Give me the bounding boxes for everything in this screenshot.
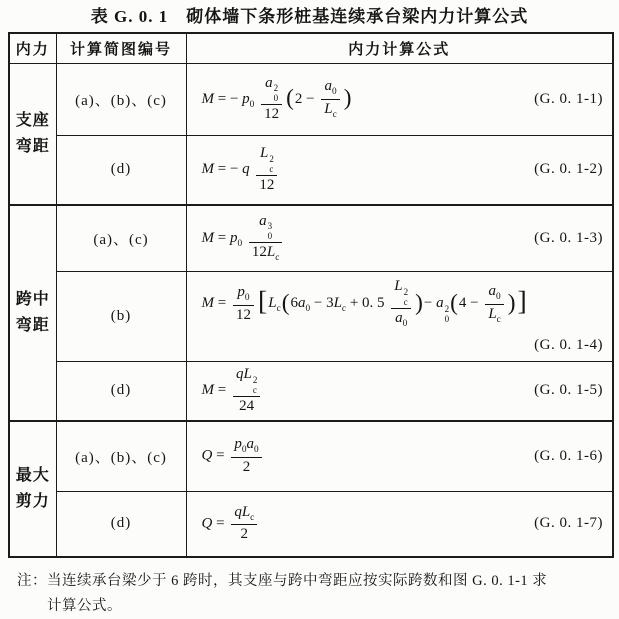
formula: M = − p0 a2012(2 − a0Lc)	[202, 75, 353, 124]
note-text: 当连续承台梁少于 6 跨时，其支座与跨中弯距应按实际跨数和图 G. 0. 1-1…	[47, 569, 547, 619]
note-line: 当连续承台梁少于 6 跨时，其支座与跨中弯距应按实际跨数和图 G. 0. 1-1…	[47, 569, 547, 594]
table-row: (d) M = − q L2c12 (G. 0. 1-2)	[9, 135, 613, 205]
force-type-line: 剪力	[10, 489, 56, 515]
force-type-cell-support-moment: 支座 弯距	[9, 63, 56, 205]
diagram-ref-cell: (a)、(c)	[56, 205, 186, 271]
diagram-ref-cell: (b)	[56, 271, 186, 361]
force-type-line: 弯距	[10, 313, 56, 339]
table-row: (d) Q = qLc2 (G. 0. 1-7)	[9, 491, 613, 557]
diagram-ref-cell: (d)	[56, 491, 186, 557]
diagram-ref-cell: (a)、(b)、(c)	[56, 421, 186, 491]
formula-cell: M = p0 a3012Lc (G. 0. 1-3)	[186, 205, 613, 271]
formula: Q = qLc2	[202, 504, 261, 544]
force-type-line: 支座	[10, 108, 56, 134]
force-type-cell-max-shear: 最大 剪力	[9, 421, 56, 557]
formula: Q = p0a02	[202, 436, 265, 476]
diagram-ref-cell: (a)、(b)、(c)	[56, 63, 186, 135]
note-line: 计算公式。	[47, 594, 547, 619]
table-row: 跨中 弯距 (a)、(c) M = p0 a3012Lc (G. 0. 1-3)	[9, 205, 613, 271]
equation-number: (G. 0. 1-1)	[534, 91, 603, 108]
formula: M = p012[Lc(6a0 − 3Lc + 0. 5 L2ca0)− a20…	[202, 278, 528, 329]
equation-number: (G. 0. 1-5)	[534, 382, 603, 399]
header-formula: 内力计算公式	[186, 33, 613, 63]
formula-table: 内力 计算简图编号 内力计算公式 支座 弯距 (a)、(b)、(c) M = −…	[8, 32, 614, 558]
formula-cell: M = − q L2c12 (G. 0. 1-2)	[186, 135, 613, 205]
header-row: 内力 计算简图编号 内力计算公式	[9, 33, 613, 63]
formula: M = − q L2c12	[202, 145, 281, 194]
header-diagram-no: 计算简图编号	[56, 33, 186, 63]
table-row: 支座 弯距 (a)、(b)、(c) M = − p0 a2012(2 − a0L…	[9, 63, 613, 135]
table-title: 表 G. 0. 1 砌体墙下条形桩基连续承台梁内力计算公式	[0, 6, 619, 28]
diagram-ref-cell: (d)	[56, 135, 186, 205]
force-type-line: 最大	[10, 463, 56, 489]
force-type-cell-midspan-moment: 跨中 弯距	[9, 205, 56, 421]
force-type-line: 跨中	[10, 287, 56, 313]
equation-number: (G. 0. 1-3)	[534, 230, 603, 247]
table-note: 注： 当连续承台梁少于 6 跨时，其支座与跨中弯距应按实际跨数和图 G. 0. …	[17, 569, 605, 619]
equation-number: (G. 0. 1-7)	[534, 515, 603, 532]
formula-cell: Q = p0a02 (G. 0. 1-6)	[186, 421, 613, 491]
formula: M = p0 a3012Lc	[202, 213, 286, 264]
formula: M = qL2c24	[202, 366, 264, 415]
formula-cell: Q = qLc2 (G. 0. 1-7)	[186, 491, 613, 557]
equation-number: (G. 0. 1-4)	[534, 337, 603, 354]
formula-cell: M = qL2c24 (G. 0. 1-5)	[186, 361, 613, 421]
formula-cell: M = − p0 a2012(2 − a0Lc) (G. 0. 1-1)	[186, 63, 613, 135]
table-row: (d) M = qL2c24 (G. 0. 1-5)	[9, 361, 613, 421]
force-type-line: 弯距	[10, 134, 56, 160]
table-row: 最大 剪力 (a)、(b)、(c) Q = p0a02 (G. 0. 1-6)	[9, 421, 613, 491]
formula-cell: M = p012[Lc(6a0 − 3Lc + 0. 5 L2ca0)− a20…	[186, 271, 613, 361]
diagram-ref-cell: (d)	[56, 361, 186, 421]
equation-number: (G. 0. 1-6)	[534, 448, 603, 465]
document-page: 表 G. 0. 1 砌体墙下条形桩基连续承台梁内力计算公式 内力 计算简图编号 …	[0, 6, 619, 619]
table-row: (b) M = p012[Lc(6a0 − 3Lc + 0. 5 L2ca0)−…	[9, 271, 613, 361]
note-label: 注：	[17, 569, 47, 619]
equation-number: (G. 0. 1-2)	[534, 161, 603, 178]
header-force: 内力	[9, 33, 56, 63]
